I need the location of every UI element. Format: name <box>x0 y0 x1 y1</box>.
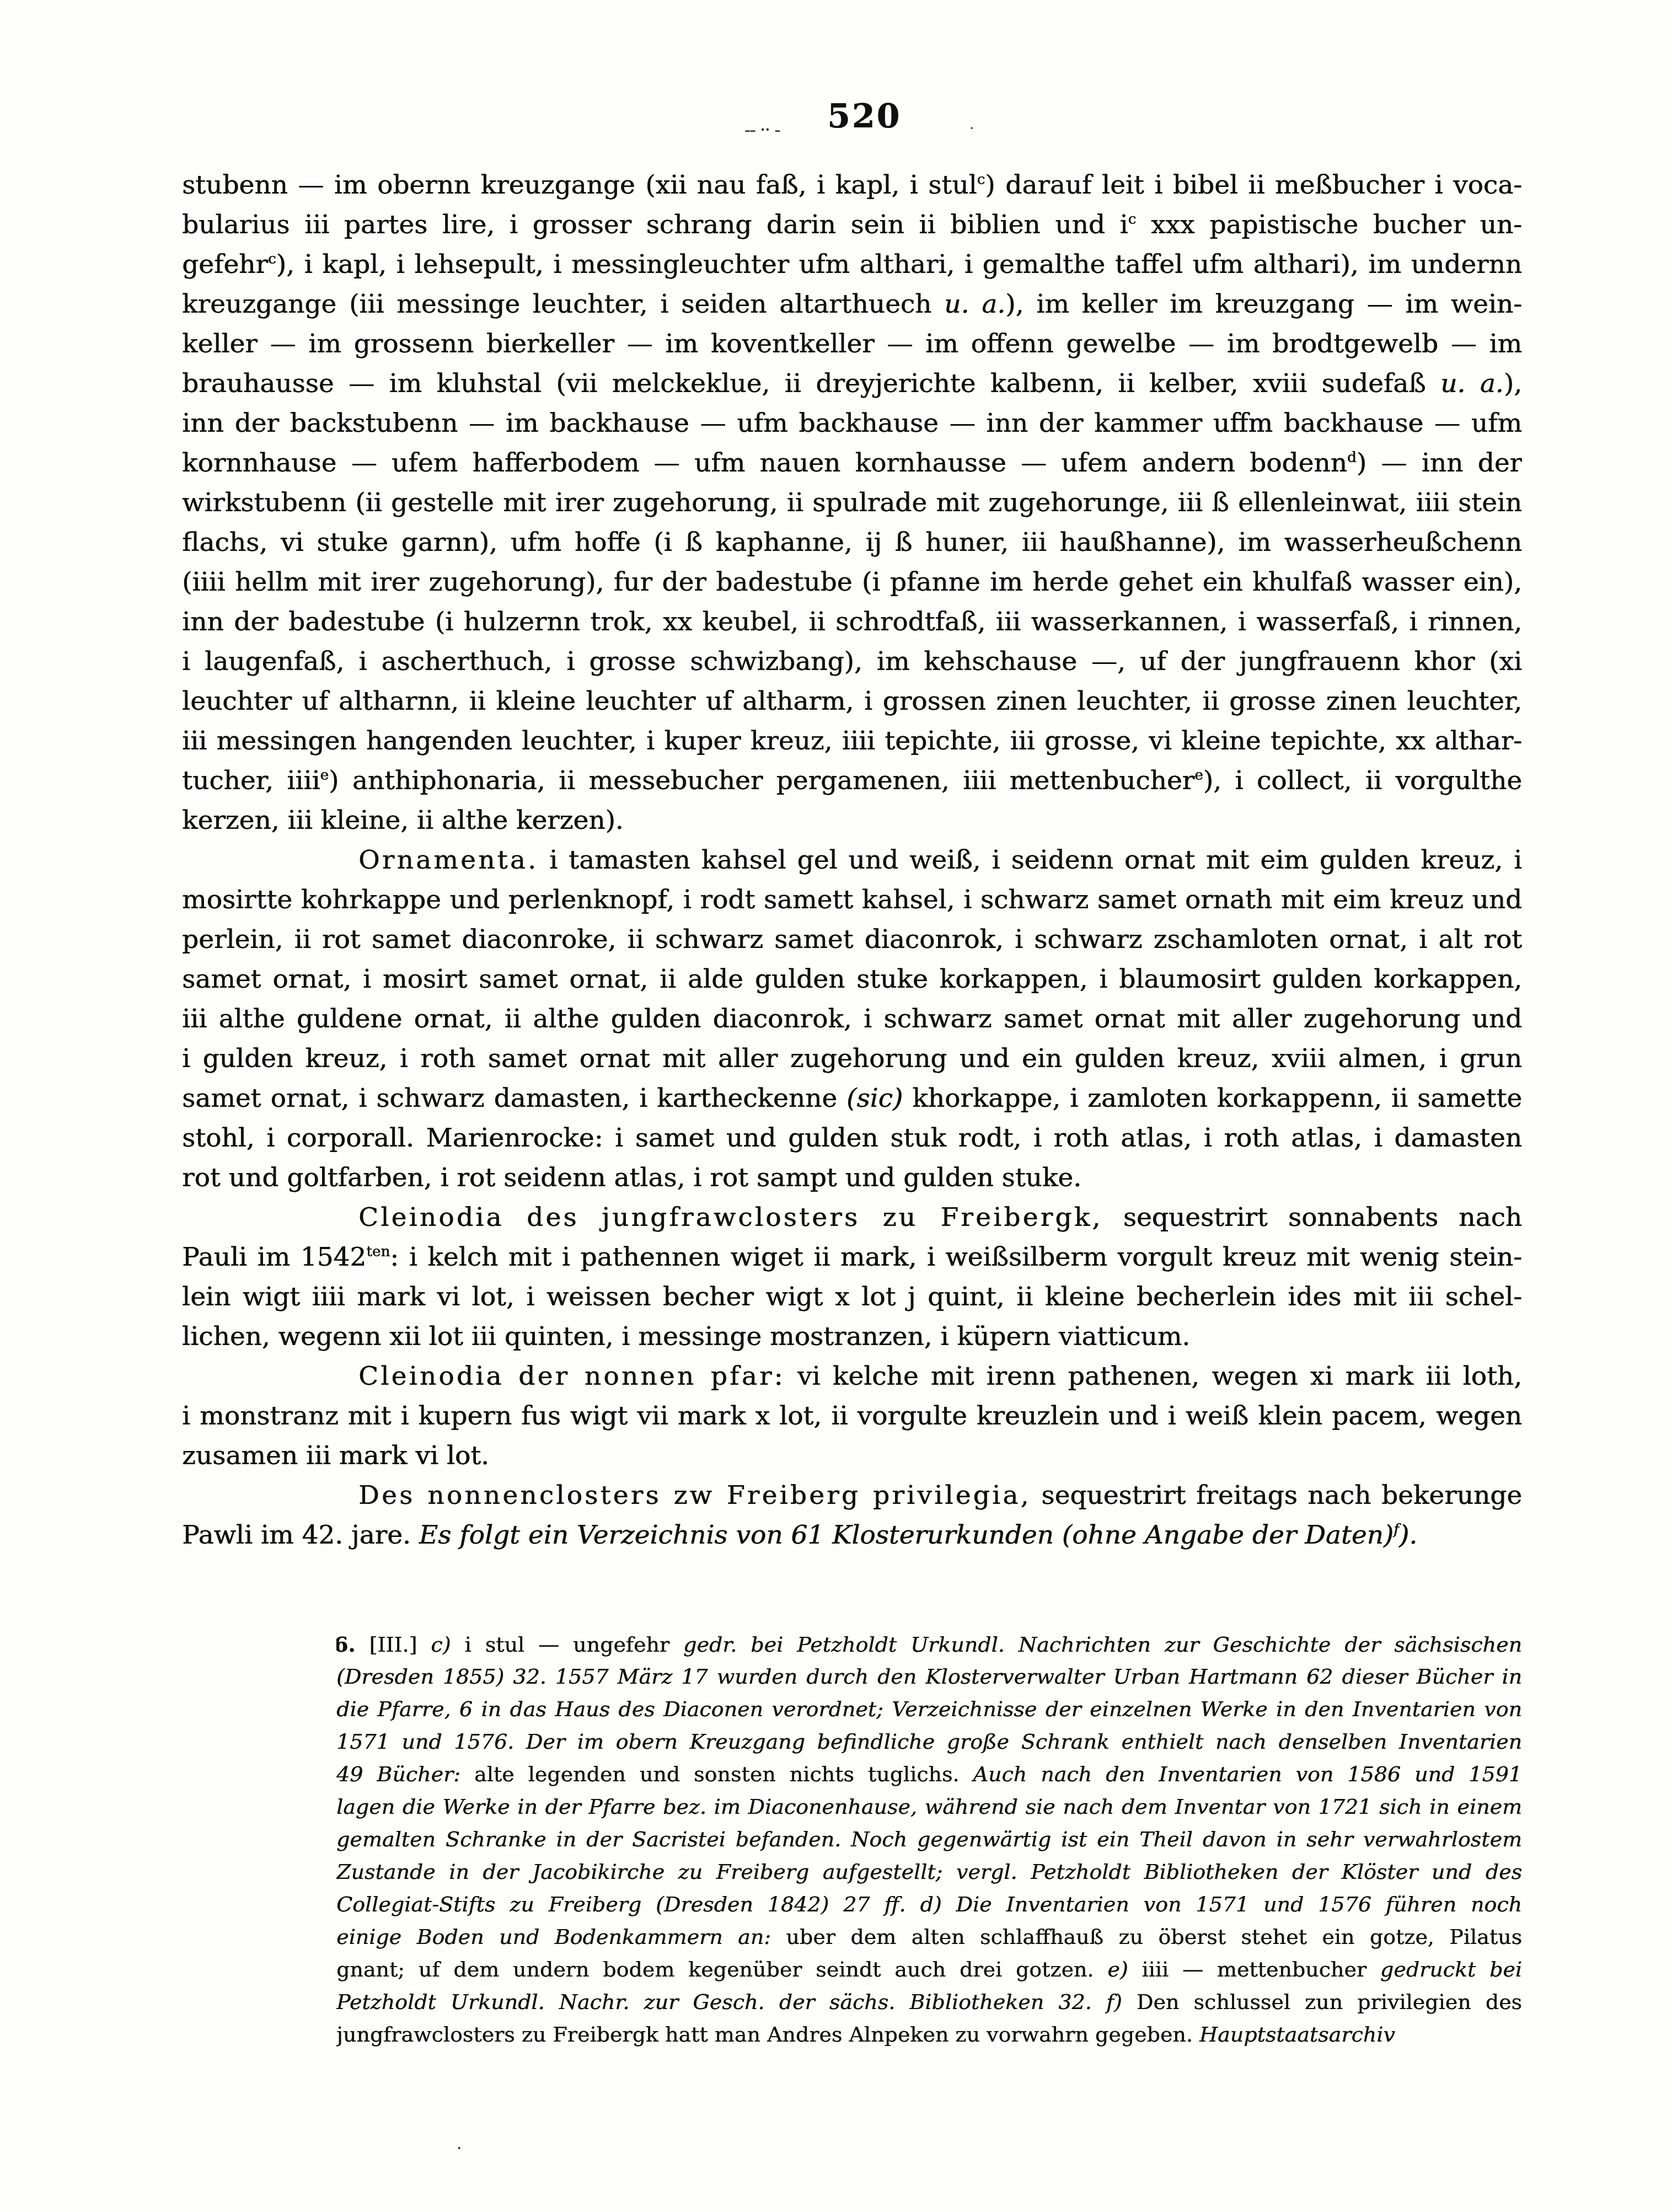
text-line: Pawli im 42. jare. Es folgt ein Verzeich… <box>182 1515 1522 1555</box>
text-line: i monstranz mit i kupern fus wigt vii ma… <box>182 1396 1522 1436</box>
text-line: rot und goltfarben, i rot seidenn atlas,… <box>182 1158 1522 1198</box>
footnote-line: einige Boden und Bodenkammern an: uber d… <box>336 1921 1522 1953</box>
text-line: kornnhause — ufem hafferbodem — ufm naue… <box>182 443 1522 483</box>
text-line: Pauli im 1542ten: i kelch mit i pathenne… <box>182 1238 1522 1277</box>
text-line: stubenn — im obernn kreuzgange (xii nau … <box>182 165 1522 205</box>
text-line: zusamen iii mark vi lot. <box>182 1436 1522 1476</box>
text-line: inn der backstubenn — im backhause — ufm… <box>182 404 1522 443</box>
text-line: Ornamenta. i tamasten kahsel gel und wei… <box>182 840 1522 880</box>
text-line: stohl, i corporall. Marienrocke: i samet… <box>182 1118 1522 1158</box>
text-line: Cleinodia der nonnen pfar: vi kelche mit… <box>182 1357 1522 1396</box>
bottom-speck: · <box>457 2139 462 2158</box>
footnote-block: 736. [III.] c) i stul — ungefehr gedr. b… <box>336 1628 1522 2051</box>
text-line: i laugenfaß, i ascherthuch, i grosse sch… <box>182 642 1522 682</box>
text-line: keller — im grossenn bierkeller — im kov… <box>182 324 1522 364</box>
text-line: bularius iii partes lire, i grosser schr… <box>182 205 1522 245</box>
text-line: (iiii hellm mit irer zugehorung), fur de… <box>182 563 1522 602</box>
footnote-line: 1571 und 1576. Der im obern Kreuzgang be… <box>336 1726 1522 1758</box>
main-text-block: stubenn — im obernn kreuzgange (xii nau … <box>182 165 1522 1555</box>
text-line: lichen, wegenn xii lot iii quinten, i me… <box>182 1317 1522 1357</box>
text-line: leuchter uf altharnn, ii kleine leuchter… <box>182 682 1522 721</box>
text-line: samet ornat, i mosirt samet ornat, ii al… <box>182 960 1522 999</box>
text-line: iii althe guldene ornat, ii althe gulden… <box>182 999 1522 1039</box>
footnote-line: Zustande in der Jacobikirche zu Freiberg… <box>336 1856 1522 1888</box>
text-line: lein wigt iiii mark vi lot, i weissen be… <box>182 1277 1522 1317</box>
scanned-book-page: -- ·· - 520 · stubenn — im obernn kreuzg… <box>0 0 1672 2212</box>
text-line: mosirtte kohrkappe und perlenknopf, i ro… <box>182 880 1522 920</box>
text-line: inn der badestube (i hulzernn trok, xx k… <box>182 602 1522 642</box>
footnote-line: gemalten Schranke in der Sacristei befan… <box>336 1823 1522 1856</box>
footnote-line: die Pfarre, 6 in das Haus des Diaconen v… <box>336 1693 1522 1726</box>
text-line: perlein, ii rot samet diaconroke, ii sch… <box>182 920 1522 960</box>
footnote-line: gnant; uf dem undern bodem kegenüber sei… <box>336 1953 1522 1986</box>
footnote-line: lagen die Werke in der Pfarre bez. im Di… <box>336 1791 1522 1823</box>
text-line: i gulden kreuz, i roth samet ornat mit a… <box>182 1039 1522 1079</box>
text-line: Cleinodia des jungfrawclosters zu Freibe… <box>182 1198 1522 1238</box>
header-dash: -- ·· - <box>744 119 827 141</box>
footnote-line: Petzholdt Urkundl. Nachr. zur Gesch. der… <box>336 1986 1522 2018</box>
text-line: tucher, iiiie) anthiphonaria, ii messebu… <box>182 761 1522 801</box>
header-speck: · <box>969 120 974 137</box>
footnote-line: jungfrawclosters zu Freibergk hatt man A… <box>336 2018 1522 2051</box>
footnote-line: 49 Bücher: alte legenden und sonsten nic… <box>336 1758 1522 1791</box>
text-line: iii messingen hangenden leuchter, i kupe… <box>182 721 1522 761</box>
text-line: wirkstubenn (ii gestelle mit irer zugeho… <box>182 483 1522 523</box>
text-line: kerzen, iii kleine, ii althe kerzen). <box>182 801 1522 840</box>
text-line: flachs, vi stuke garnn), ufm hoffe (i ß … <box>182 523 1522 563</box>
footnote-line: (Dresden 1855) 32. 1557 März 17 wurden d… <box>336 1661 1522 1693</box>
text-line: brauhausse — im kluhstal (vii melckeklue… <box>182 364 1522 404</box>
text-line: Des nonnenclosters zw Freiberg privilegi… <box>182 1476 1522 1515</box>
footnote-line: 736. [III.] c) i stul — ungefehr gedr. b… <box>336 1628 1522 1661</box>
text-line: gefehrc), i kapl, i lehsepult, i messing… <box>182 245 1522 285</box>
page-header: -- ·· - 520 · <box>0 97 1672 141</box>
text-line: samet ornat, i schwarz damasten, i karth… <box>182 1079 1522 1118</box>
footnote-line: Collegiat-Stifts zu Freiberg (Dresden 18… <box>336 1888 1522 1921</box>
page-number: 520 <box>827 97 937 136</box>
text-line: kreuzgange (iii messinge leuchter, i sei… <box>182 285 1522 324</box>
